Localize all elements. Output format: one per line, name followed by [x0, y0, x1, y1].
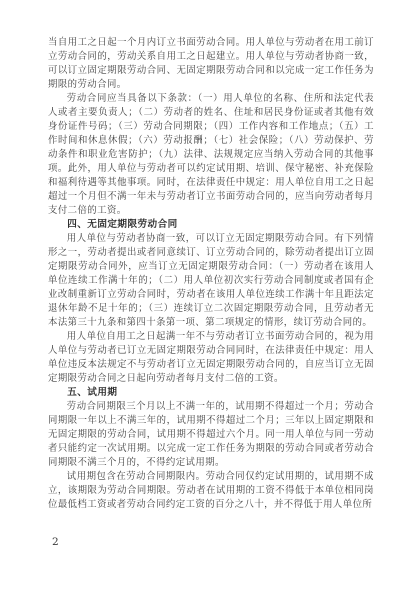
text-block: 当自用工之日起一个月内订立书面劳动合同。用人单位与劳动者在用工前订立劳动合同的，… — [48, 36, 374, 512]
paragraph-probation-wage-rules: 试用期包含在劳动合同期限内。劳动合同仅约定试用期的，试用期不成立，该期限为劳动合… — [48, 470, 374, 512]
paragraph-probation-duration-limits: 劳动合同期限三个月以上不满一年的，试用期不得超过一个月；劳动合同期限一年以上不满… — [48, 400, 374, 470]
page-number: 2 — [52, 536, 59, 548]
section-heading-open-ended-contract: 四、无固定期限劳动合同 — [48, 218, 374, 232]
document-page: 当自用工之日起一个月内订立书面劳动合同。用人单位与劳动者在用工前订立劳动合同的，… — [0, 0, 411, 595]
paragraph-open-ended-contract-conditions: 用人单位与劳动者协商一致，可以订立无固定期限劳动合同。有下列情形之一，劳动者提出… — [48, 232, 374, 330]
paragraph-contract-required-clauses: 劳动合同应当具备以下条款：（一）用人单位的名称、住所和法定代表人或者主要负责人；… — [48, 92, 374, 218]
paragraph-open-ended-contract-penalty: 用人单位自用工之日起满一年不与劳动者订立书面劳动合同的，视为用人单位与劳动者已订… — [48, 330, 374, 386]
section-heading-probation-period: 五、试用期 — [48, 386, 374, 400]
paragraph-contract-establishment: 当自用工之日起一个月内订立书面劳动合同。用人单位与劳动者在用工前订立劳动合同的，… — [48, 36, 374, 92]
